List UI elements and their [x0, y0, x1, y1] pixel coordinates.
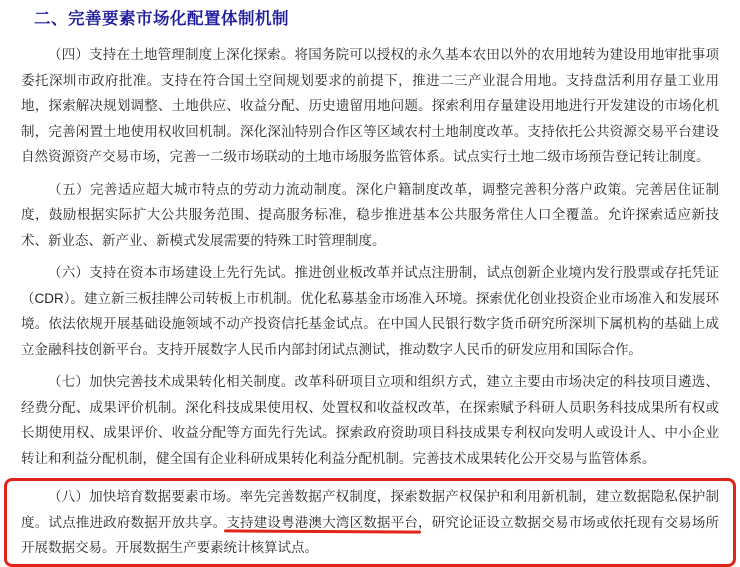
document-page: 二、完善要素市场化配置体制机制 （四）支持在土地管理制度上深化探索。将国务院可以…: [0, 0, 740, 567]
clause-paragraph-8: （八）加快培育数据要素市场。率先完善数据产权制度，探索数据产权保护和利用新机制，…: [21, 484, 719, 561]
clause-paragraph-7: （七）加快完善技术成果转化相关制度。改革科研项目立项和组织方式，建立主要由市场决…: [21, 369, 719, 471]
clause-paragraph-5: （五）完善适应超大城市特点的劳动力流动制度。深化户籍制度改革，调整完善积分落户政…: [21, 177, 719, 254]
red-underlined-phrase: 支持建设粤港澳大湾区数据平台: [226, 515, 418, 530]
clause-paragraph-6: （六）支持在资本市场建设上先行先试。推进创业板改革并试点注册制，试点创新企业境内…: [21, 260, 719, 362]
red-highlight-box: （八）加快培育数据要素市场。率先完善数据产权制度，探索数据产权保护和利用新机制，…: [4, 478, 736, 567]
section-heading: 二、完善要素市场化配置体制机制: [34, 8, 719, 30]
clause-paragraph-4: （四）支持在土地管理制度上深化探索。将国务院可以授权的永久基本农田以外的农用地转…: [21, 42, 719, 170]
